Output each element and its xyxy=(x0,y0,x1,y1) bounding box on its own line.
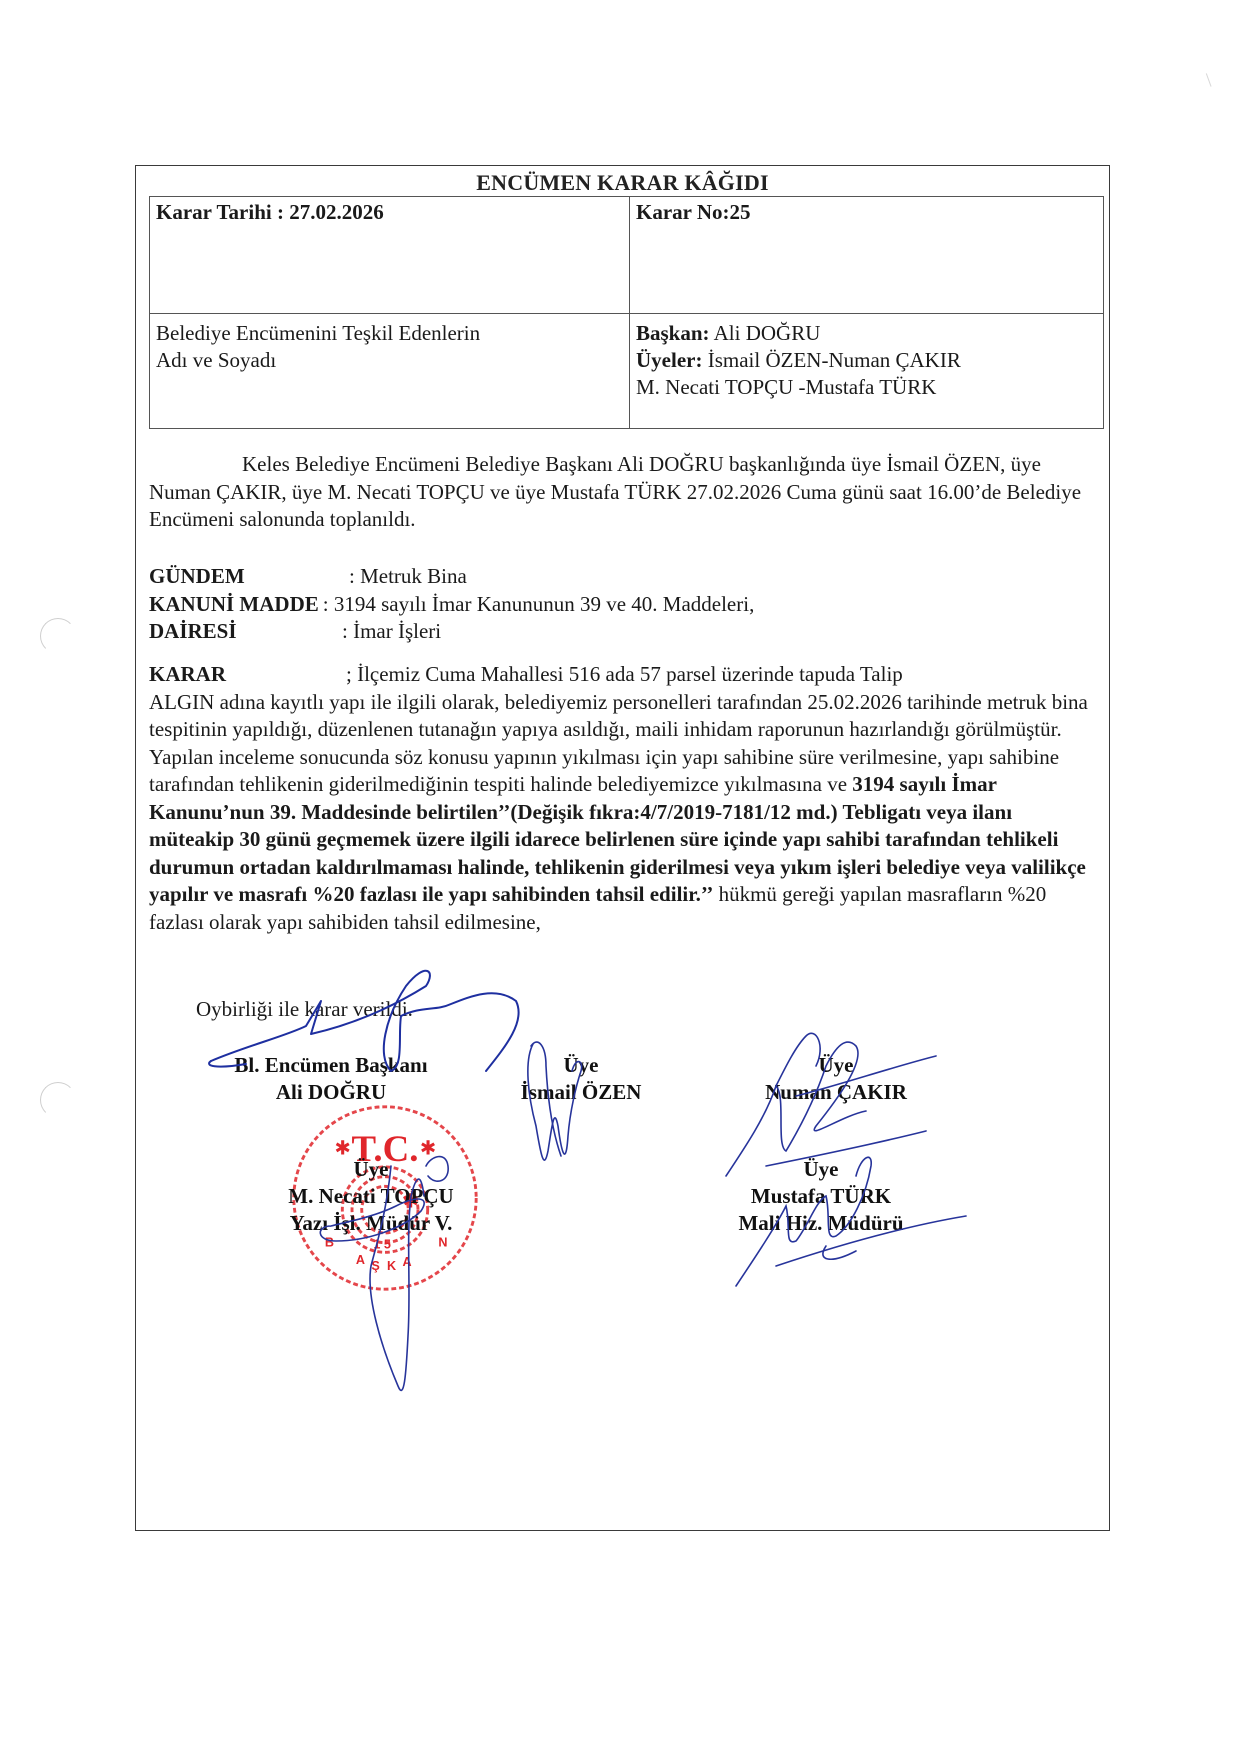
intro-paragraph: Keles Belediye Encümeni Belediye Başkanı… xyxy=(149,452,1081,531)
teskil-label-line1: Belediye Encümenini Teşkil Edenlerin xyxy=(156,320,623,347)
teskil-label-cell: Belediye Encümenini Teşkil Edenlerin Adı… xyxy=(150,314,630,429)
karar-block: KARAR ; İlçemiz Cuma Mahallesi 516 ada 5… xyxy=(149,661,1099,936)
svg-text:A: A xyxy=(402,1255,411,1269)
karar-no-label: Karar No: xyxy=(636,200,730,224)
intro-paragraph-block: Keles Belediye Encümeni Belediye Başkanı… xyxy=(149,451,1099,534)
svg-text:K: K xyxy=(387,1259,396,1273)
punch-hole-mark xyxy=(40,618,76,654)
closing-line: Oybirliği ile karar verildi. xyxy=(196,996,1146,1024)
document-title: ENCÜMEN KARAR KÂĞIDI xyxy=(136,170,1109,196)
uyeler-value-line2: M. Necati TOPÇU -Mustafa TÜRK xyxy=(636,374,1097,401)
meta-kanuni-madde: KANUNİ MADDE : 3194 sayılı İmar Kanununu… xyxy=(149,591,1099,619)
scan-mark xyxy=(1206,71,1217,87)
signature-necati-topcu: Üye M. Necati TOPÇU Yazı İşl. Müdür V. xyxy=(256,1156,486,1237)
baskan-value: Ali DOĞRU xyxy=(710,321,821,345)
karar-tarihi-label: Karar Tarihi xyxy=(156,200,272,224)
meta-gundem: GÜNDEM : Metruk Bina xyxy=(149,563,1099,591)
uyeler-label: Üyeler: xyxy=(636,348,702,372)
signature-baskan: Bl. Encümen Başkanı Ali DOĞRU xyxy=(216,1052,446,1106)
meta-dairesi: DAİRESİ : İmar İşleri xyxy=(149,618,1099,646)
karar-first-line: ; İlçemiz Cuma Mahallesi 516 ada 57 pars… xyxy=(346,661,903,689)
signature-mustafa-turk: Üye Mustafa TÜRK Mali Hiz. Müdürü xyxy=(706,1156,936,1237)
signature-numan-cakir: Üye Numan ÇAKIR xyxy=(736,1052,936,1106)
uyeler-value-line1: İsmail ÖZEN-Numan ÇAKIR xyxy=(702,348,960,372)
document-frame: ENCÜMEN KARAR KÂĞIDI Karar Tarihi : 27.0… xyxy=(135,165,1110,1531)
karar-no-value: 25 xyxy=(730,200,751,224)
baskan-label: Başkan: xyxy=(636,321,710,345)
karar-tarihi-cell: Karar Tarihi : 27.02.2026 xyxy=(150,197,630,314)
svg-text:B: B xyxy=(325,1236,334,1250)
karar-text: ALGIN adına kayıtlı yapı ile ilgili olar… xyxy=(149,689,1099,937)
svg-text:A: A xyxy=(356,1253,365,1267)
karar-no-cell: Karar No:25 xyxy=(630,197,1104,314)
members-cell: Başkan: Ali DOĞRU Üyeler: İsmail ÖZEN-Nu… xyxy=(630,314,1104,429)
meta-block: GÜNDEM : Metruk Bina KANUNİ MADDE : 3194… xyxy=(149,563,1099,646)
svg-text:Ş: Ş xyxy=(371,1259,379,1273)
svg-text:N: N xyxy=(438,1236,447,1250)
signature-ismail-ozen: Üye İsmail ÖZEN xyxy=(496,1052,666,1106)
svg-text:1 5: 1 5 xyxy=(373,1237,391,1251)
punch-hole-mark xyxy=(40,1082,76,1118)
header-table: Karar Tarihi : 27.02.2026 Karar No:25 Be… xyxy=(149,196,1104,429)
teskil-label-line2: Adı ve Soyadı xyxy=(156,347,623,374)
karar-tarihi-value: : 27.02.2026 xyxy=(277,200,384,224)
karar-label: KARAR xyxy=(149,661,346,689)
